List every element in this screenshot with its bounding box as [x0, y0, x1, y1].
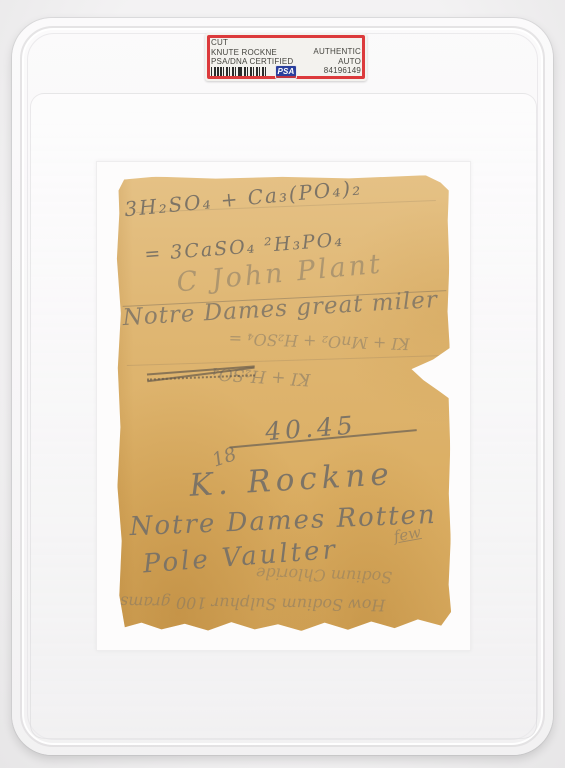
label-cert-number: 84196149 — [313, 66, 361, 76]
miler-note: Notre Dames great miler — [122, 287, 439, 331]
label-item-type: CUT — [211, 38, 293, 48]
chemistry-equation-1: 3H₂SO₄ + Ca₃(PO₄)₂ — [123, 175, 363, 221]
label-right-column: AUTHENTIC AUTO 84196149 — [313, 47, 361, 76]
pencil-rule-line — [127, 355, 445, 366]
inverted-chemistry-1: KI + MnO₂ + H₂SO₄ = — [228, 329, 409, 353]
barcode — [211, 67, 267, 76]
label-grade: AUTHENTIC — [313, 47, 361, 57]
display-mat: 3H₂SO₄ + Ca₃(PO₄)₂ = 3CaSO₄ ²H₃PO₄ C Joh… — [96, 161, 471, 651]
product-photo: CUT KNUTE ROCKNE PSA/DNA CERTIFIED AUTHE… — [0, 0, 565, 768]
psa-slab-case: CUT KNUTE ROCKNE PSA/DNA CERTIFIED AUTHE… — [12, 18, 553, 755]
label-content: CUT KNUTE ROCKNE PSA/DNA CERTIFIED AUTHE… — [211, 38, 361, 78]
psa-cert-label: CUT KNUTE ROCKNE PSA/DNA CERTIFIED AUTHE… — [205, 33, 367, 81]
rotten-note: Notre Dames Rotten — [129, 500, 437, 542]
label-auto: AUTO — [313, 57, 361, 67]
autograph-cut-paper: 3H₂SO₄ + Ca₃(PO₄)₂ = 3CaSO₄ ²H₃PO₄ C Joh… — [116, 175, 451, 632]
inverted-note-sodium-sulphur: How Sodium Sulphur 100 grams — [120, 593, 386, 615]
psa-logo-icon: PSA — [275, 65, 297, 79]
scribbled-out-word — [147, 366, 255, 383]
few-note: few — [392, 523, 422, 546]
label-left-column: CUT KNUTE ROCKNE PSA/DNA CERTIFIED — [211, 38, 293, 67]
inverted-note-sodium-chloride: Sodium Chloride — [256, 564, 393, 587]
label-name: KNUTE ROCKNE — [211, 48, 293, 58]
